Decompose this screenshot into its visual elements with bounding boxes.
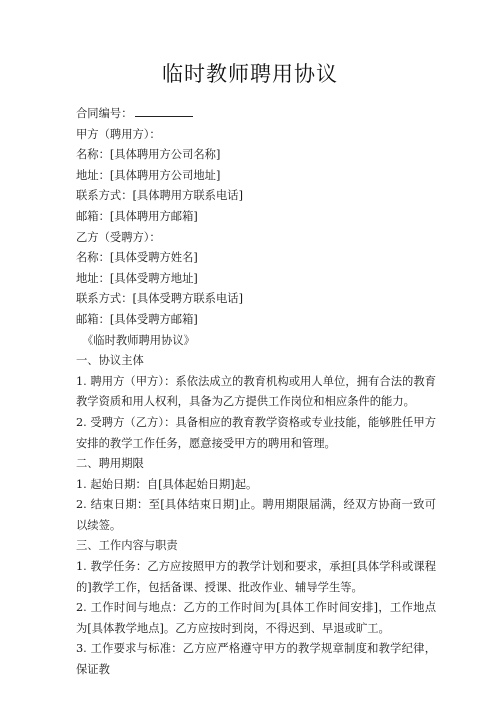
party-a-email: 邮箱：[具体聘用方邮箱] [76,207,436,228]
document-title: 临时教师聘用协议 [0,58,500,88]
document-name: 《临时教师聘用协议》 [76,331,436,352]
party-a-heading: 甲方（聘用方）： [76,125,436,146]
document-body: 合同编号： 甲方（聘用方）： 名称：[具体聘用方公司名称] 地址：[具体聘用方公… [76,104,436,681]
section-item: 1. 聘用方（甲方）：系依法成立的教育机构或用人单位，拥有合法的教育教学资质和用… [76,372,436,413]
party-b-name: 名称：[具体受聘方姓名] [76,248,436,269]
document-page: 临时教师聘用协议 合同编号： 甲方（聘用方）： 名称：[具体聘用方公司名称] 地… [0,0,500,707]
party-a-contact: 联系方式：[具体聘用方联系电话] [76,186,436,207]
section-item: 2. 工作时间与地点：乙方的工作时间为[具体工作时间安排]，工作地点为[具体教学… [76,598,436,639]
party-a-name: 名称：[具体聘用方公司名称] [76,145,436,166]
section-item: 2. 受聘方（乙方）：具备相应的教育教学资格或专业技能，能够胜任甲方安排的教学工… [76,413,436,454]
party-a-address: 地址：[具体聘用方公司地址] [76,166,436,187]
section-item: 3. 工作要求与标准：乙方应严格遵守甲方的教学规章制度和教学纪律，保证教 [76,639,436,680]
contract-number-line: 合同编号： [76,104,436,125]
section-item: 1. 起始日期：自[具体起始日期]起。 [76,475,436,496]
contract-number-label: 合同编号： [76,107,133,120]
section-heading: 二、聘用期限 [76,454,436,475]
party-b-email: 邮箱：[具体受聘方邮箱] [76,310,436,331]
party-b-heading: 乙方（受聘方）： [76,228,436,249]
party-b-address: 地址：[具体受聘方地址] [76,269,436,290]
section-heading: 一、协议主体 [76,351,436,372]
party-b-contact: 联系方式：[具体受聘方联系电话] [76,289,436,310]
section-item: 2. 结束日期：至[具体结束日期]止。聘用期限届满，经双方协商一致可以续签。 [76,495,436,536]
section-heading: 三、工作内容与职责 [76,536,436,557]
section-item: 1. 教学任务：乙方应按照甲方的教学计划和要求，承担[具体学科或课程的]教学工作… [76,557,436,598]
contract-number-blank [135,104,193,117]
